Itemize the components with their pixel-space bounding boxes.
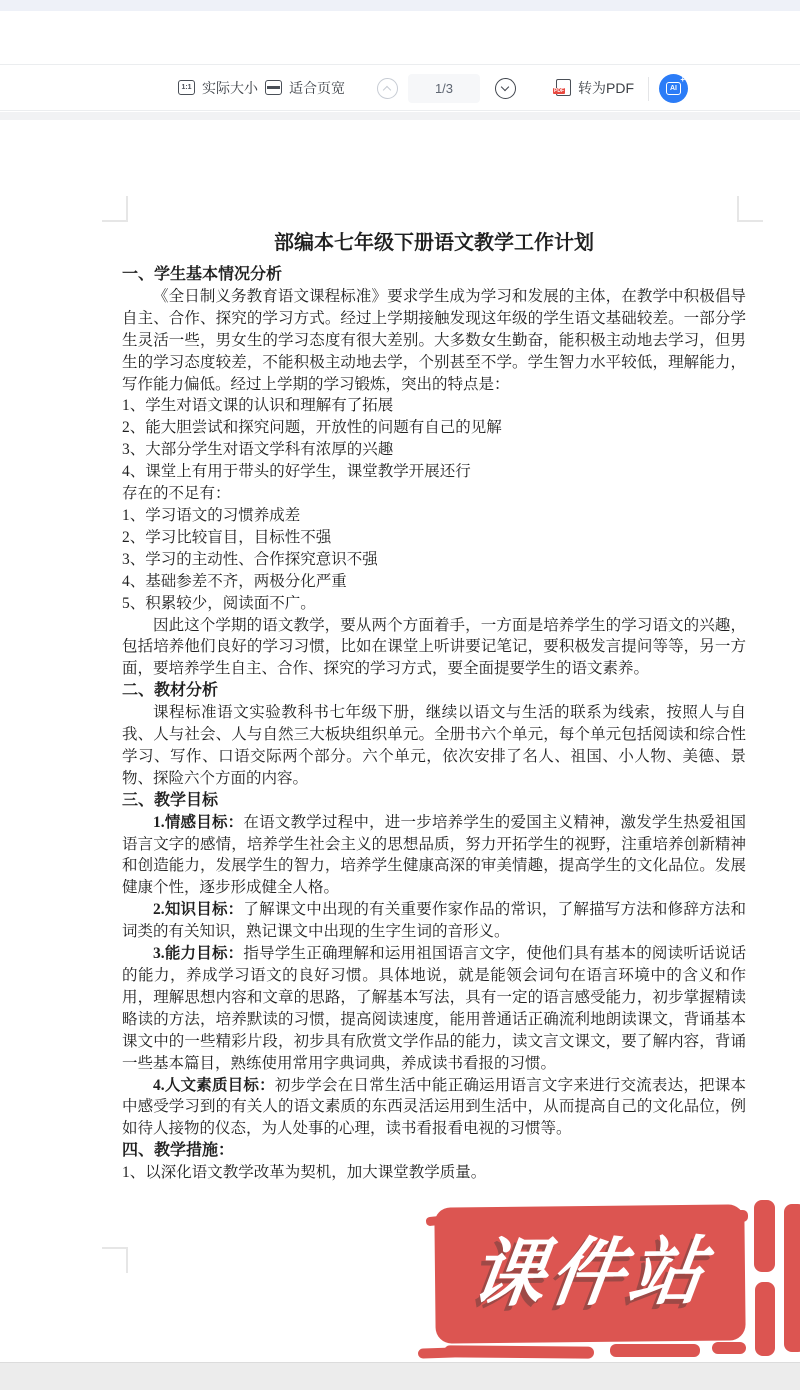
margin-mark-top-right bbox=[737, 196, 763, 222]
doc-heading: 四、教学措施： bbox=[122, 1140, 746, 1162]
next-page-button[interactable] bbox=[495, 78, 516, 99]
stamp-body: 课件站 bbox=[434, 1204, 745, 1343]
actual-size-icon: 1:1 bbox=[178, 80, 195, 95]
margin-mark-top-left bbox=[102, 196, 128, 222]
doc-paragraph: 3、大部分学生对语文学科有浓厚的兴趣 bbox=[122, 439, 746, 461]
doc-paragraph: 3.能力目标：指导学生正确理解和运用祖国语言文字，使他们具有基本的阅读听话说话的… bbox=[122, 943, 746, 1074]
fit-width-label: 适合页宽 bbox=[289, 78, 345, 98]
viewer-toolbar: 1:1 实际大小 适合页宽 1/3 PDF 转为PDF AI + bbox=[0, 64, 800, 111]
stamp-border-segment bbox=[712, 1342, 746, 1354]
doc-paragraph: 1.情感目标：在语文教学过程中，进一步培养学生的爱国主义精神，激发学生热爱祖国语… bbox=[122, 812, 746, 900]
doc-paragraph: 1、学生对语文课的认识和理解有了拓展 bbox=[122, 395, 746, 417]
stamp-border-segment bbox=[444, 1345, 594, 1358]
margin-mark-bottom-left bbox=[102, 1247, 128, 1273]
doc-paragraph: 因此这个学期的语文教学，要从两个方面着手，一方面是培养学生的学习语文的兴趣，包括… bbox=[122, 615, 746, 681]
stamp-border-segment bbox=[755, 1282, 775, 1356]
toolbar-divider bbox=[648, 77, 649, 101]
chevron-up-icon bbox=[383, 86, 391, 94]
fit-width-icon bbox=[265, 80, 282, 95]
previous-page-button[interactable] bbox=[377, 78, 398, 99]
ai-plus-icon: + bbox=[680, 76, 685, 84]
stamp-border-segment bbox=[754, 1200, 775, 1272]
doc-paragraph: 课程标准语文实验教科书七年级下册，继续以语文与生活的联系为线索，按照人与自我、人… bbox=[122, 702, 746, 790]
ai-icon: AI bbox=[666, 82, 681, 95]
doc-paragraph: 4.人文素质目标：初步学会在日常生活中能正确运用语言文字来进行交流表达，把课本中… bbox=[122, 1075, 746, 1141]
stamp-border-segment bbox=[610, 1344, 700, 1357]
doc-heading: 二、教材分析 bbox=[122, 680, 746, 702]
doc-paragraph: 4、基础参差不齐，两极分化严重 bbox=[122, 571, 746, 593]
page-gap-band bbox=[0, 1362, 800, 1390]
doc-paragraph: 2、学习比较盲目，目标性不强 bbox=[122, 527, 746, 549]
doc-paragraph: 4、课堂上有用于带头的好学生，课堂教学开展还行 bbox=[122, 461, 746, 483]
chevron-down-icon bbox=[501, 83, 509, 91]
page-indicator[interactable]: 1/3 bbox=[408, 74, 480, 103]
document-page: 部编本七年级下册语文教学工作计划 一、学生基本情况分析《全日制义务教育语文课程标… bbox=[0, 120, 800, 1362]
watermark-stamp: 课件站 bbox=[424, 1198, 800, 1366]
stamp-text: 课件站 bbox=[426, 1204, 753, 1341]
doc-paragraph: 1、以深化语文教学改革为契机，加大课堂教学质量。 bbox=[122, 1162, 746, 1184]
ai-assistant-button[interactable]: AI + bbox=[659, 74, 688, 103]
pdf-file-icon: PDF bbox=[556, 79, 571, 96]
doc-body: 一、学生基本情况分析《全日制义务教育语文课程标准》要求学生成为学习和发展的主体，… bbox=[122, 264, 746, 1184]
convert-to-pdf-button[interactable]: PDF 转为PDF bbox=[556, 65, 634, 110]
fit-width-button[interactable]: 适合页宽 bbox=[265, 65, 345, 110]
stamp-border-segment bbox=[784, 1204, 800, 1352]
actual-size-label: 实际大小 bbox=[202, 78, 258, 98]
toolbar-page-gap bbox=[0, 112, 800, 120]
convert-to-pdf-label: 转为PDF bbox=[578, 78, 634, 98]
doc-heading: 一、学生基本情况分析 bbox=[122, 264, 746, 286]
doc-paragraph: 2、能大胆尝试和探究问题，开放性的问题有自己的见解 bbox=[122, 417, 746, 439]
pdf-badge-label: PDF bbox=[553, 88, 565, 94]
doc-paragraph: 存在的不足有： bbox=[122, 483, 746, 505]
document-title: 部编本七年级下册语文教学工作计划 bbox=[122, 228, 746, 258]
doc-paragraph: 《全日制义务教育语文课程标准》要求学生成为学习和发展的主体，在教学中积极倡导自主… bbox=[122, 286, 746, 396]
doc-paragraph: 5、积累较少，阅读面不广。 bbox=[122, 593, 746, 615]
doc-paragraph: 1、学习语文的习惯养成差 bbox=[122, 505, 746, 527]
actual-size-button[interactable]: 1:1 实际大小 bbox=[178, 65, 258, 110]
page-indicator-value: 1/3 bbox=[435, 81, 453, 96]
doc-heading: 三、教学目标 bbox=[122, 790, 746, 812]
window-top-strip bbox=[0, 0, 800, 11]
doc-paragraph: 2.知识目标：了解课文中出现的有关重要作家作品的常识，了解描写方法和修辞方法和词… bbox=[122, 899, 746, 943]
doc-paragraph: 3、学习的主动性、合作探究意识不强 bbox=[122, 549, 746, 571]
document-content: 部编本七年级下册语文教学工作计划 一、学生基本情况分析《全日制义务教育语文课程标… bbox=[122, 228, 746, 1184]
stamp-border-segment bbox=[418, 1347, 458, 1358]
